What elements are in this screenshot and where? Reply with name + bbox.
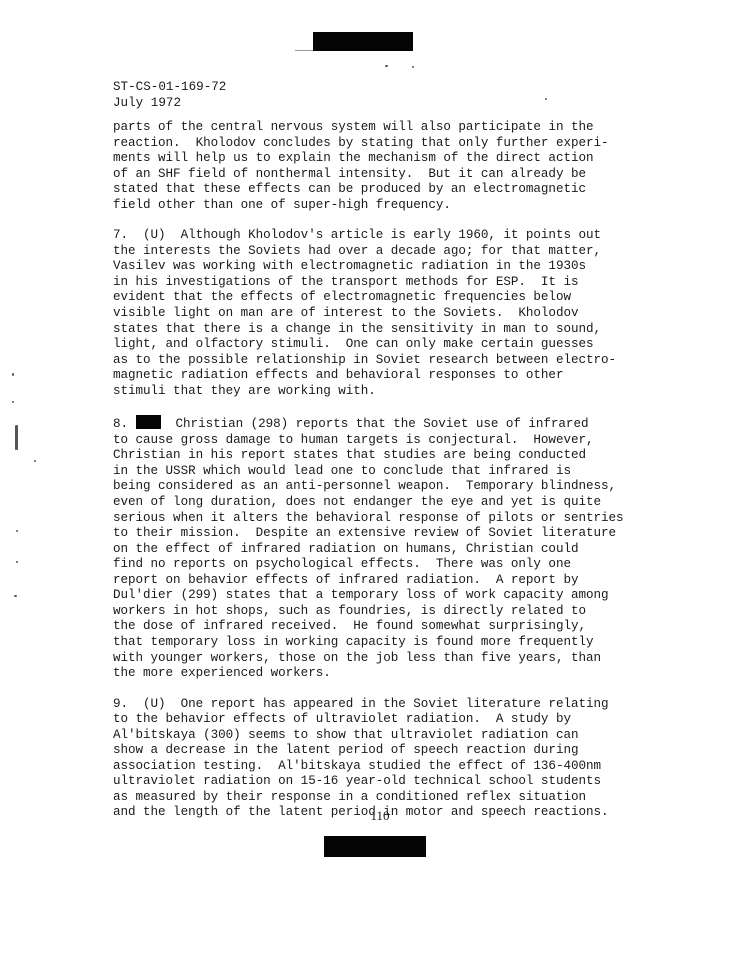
document-date: July 1972 (113, 96, 226, 112)
text-line: serious when it alters the behavioral re… (113, 511, 633, 527)
scan-speck (15, 425, 18, 450)
text-line: show a decrease in the latent period of … (113, 743, 633, 759)
text-line: evident that the effects of electromagne… (113, 290, 633, 306)
paragraph-8-classification-redaction (136, 415, 161, 429)
text-line: 7. (U) Although Kholodov's article is ea… (113, 228, 633, 244)
page-number: 110 (0, 808, 750, 824)
document-id: ST-CS-01-169-72 (113, 80, 226, 96)
text-line: as to the possible relationship in Sovie… (113, 353, 633, 369)
scan-speck (412, 66, 414, 68)
scan-speck (545, 98, 547, 100)
text-line: that temporary loss in working capacity … (113, 635, 633, 651)
scan-speck (14, 595, 17, 597)
text-line: Dul'dier (299) states that a temporary l… (113, 588, 633, 604)
text-line: as measured by their response in a condi… (113, 790, 633, 806)
text-line: report on behavior effects of infrared r… (113, 573, 633, 589)
text-line: Christian in his report states that stud… (113, 448, 633, 464)
text-line: find no reports on psychological effects… (113, 557, 633, 573)
paragraph-number: 8. (113, 417, 128, 431)
text-line: Al'bitskaya (300) seems to show that ult… (113, 728, 633, 744)
paragraph-8: 8. Christian (298) reports that the Sovi… (113, 415, 633, 681)
text-line: Vasilev was working with electromagnetic… (113, 259, 633, 275)
scan-speck (16, 561, 18, 563)
top-classification-redaction (313, 32, 413, 51)
paragraph-7: 7. (U) Although Kholodov's article is ea… (113, 228, 633, 399)
text-line: workers in hot shops, such as foundries,… (113, 604, 633, 620)
document-page: ST-CS-01-169-72 July 1972 parts of the c… (0, 0, 750, 972)
scan-speck (385, 65, 388, 67)
scan-speck (34, 460, 36, 462)
text-line: light, and olfactory stimuli. One can on… (113, 337, 633, 353)
scan-speck (12, 401, 14, 403)
paragraph-continuation: parts of the central nervous system will… (113, 120, 633, 213)
text-line: visible light on man are of interest to … (113, 306, 633, 322)
text-line: reaction. Kholodov concludes by stating … (113, 136, 633, 152)
text-line: in the USSR which would lead one to conc… (113, 464, 633, 480)
text-line: 9. (U) One report has appeared in the So… (113, 697, 633, 713)
text-line: association testing. Al'bitskaya studied… (113, 759, 633, 775)
document-body: parts of the central nervous system will… (113, 120, 633, 821)
text-line: parts of the central nervous system will… (113, 120, 633, 136)
text-line: ments will help us to explain the mechan… (113, 151, 633, 167)
text-line: ultraviolet radiation on 15-16 year-old … (113, 774, 633, 790)
bottom-classification-redaction (324, 836, 426, 857)
text-line: with younger workers, those on the job l… (113, 651, 633, 667)
text-line: even of long duration, does not endanger… (113, 495, 633, 511)
paragraph-9: 9. (U) One report has appeared in the So… (113, 697, 633, 821)
document-header: ST-CS-01-169-72 July 1972 (113, 80, 226, 111)
scan-speck (12, 373, 14, 376)
text-line: magnetic radiation effects and behaviora… (113, 368, 633, 384)
text-line: on the effect of infrared radiation on h… (113, 542, 633, 558)
text-line: to their mission. Despite an extensive r… (113, 526, 633, 542)
text-line: in his investigations of the transport m… (113, 275, 633, 291)
text-line: stated that these effects can be produce… (113, 182, 633, 198)
text-line: to cause gross damage to human targets i… (113, 433, 633, 449)
text-line-first: 8. Christian (298) reports that the Sovi… (113, 415, 633, 433)
text-fragment: Christian (298) reports that the Soviet … (176, 417, 589, 431)
text-line: the more experienced workers. (113, 666, 633, 682)
text-line: the interests the Soviets had over a dec… (113, 244, 633, 260)
text-line: being considered as an anti-personnel we… (113, 479, 633, 495)
text-line: states that there is a change in the sen… (113, 322, 633, 338)
text-line: of an SHF field of nonthermal intensity.… (113, 167, 633, 183)
text-line: stimuli that they are working with. (113, 384, 633, 400)
text-line: to the behavior effects of ultraviolet r… (113, 712, 633, 728)
text-line: field other than one of super-high frequ… (113, 198, 633, 214)
scan-speck (16, 530, 18, 532)
text-line: the dose of infrared received. He found … (113, 619, 633, 635)
